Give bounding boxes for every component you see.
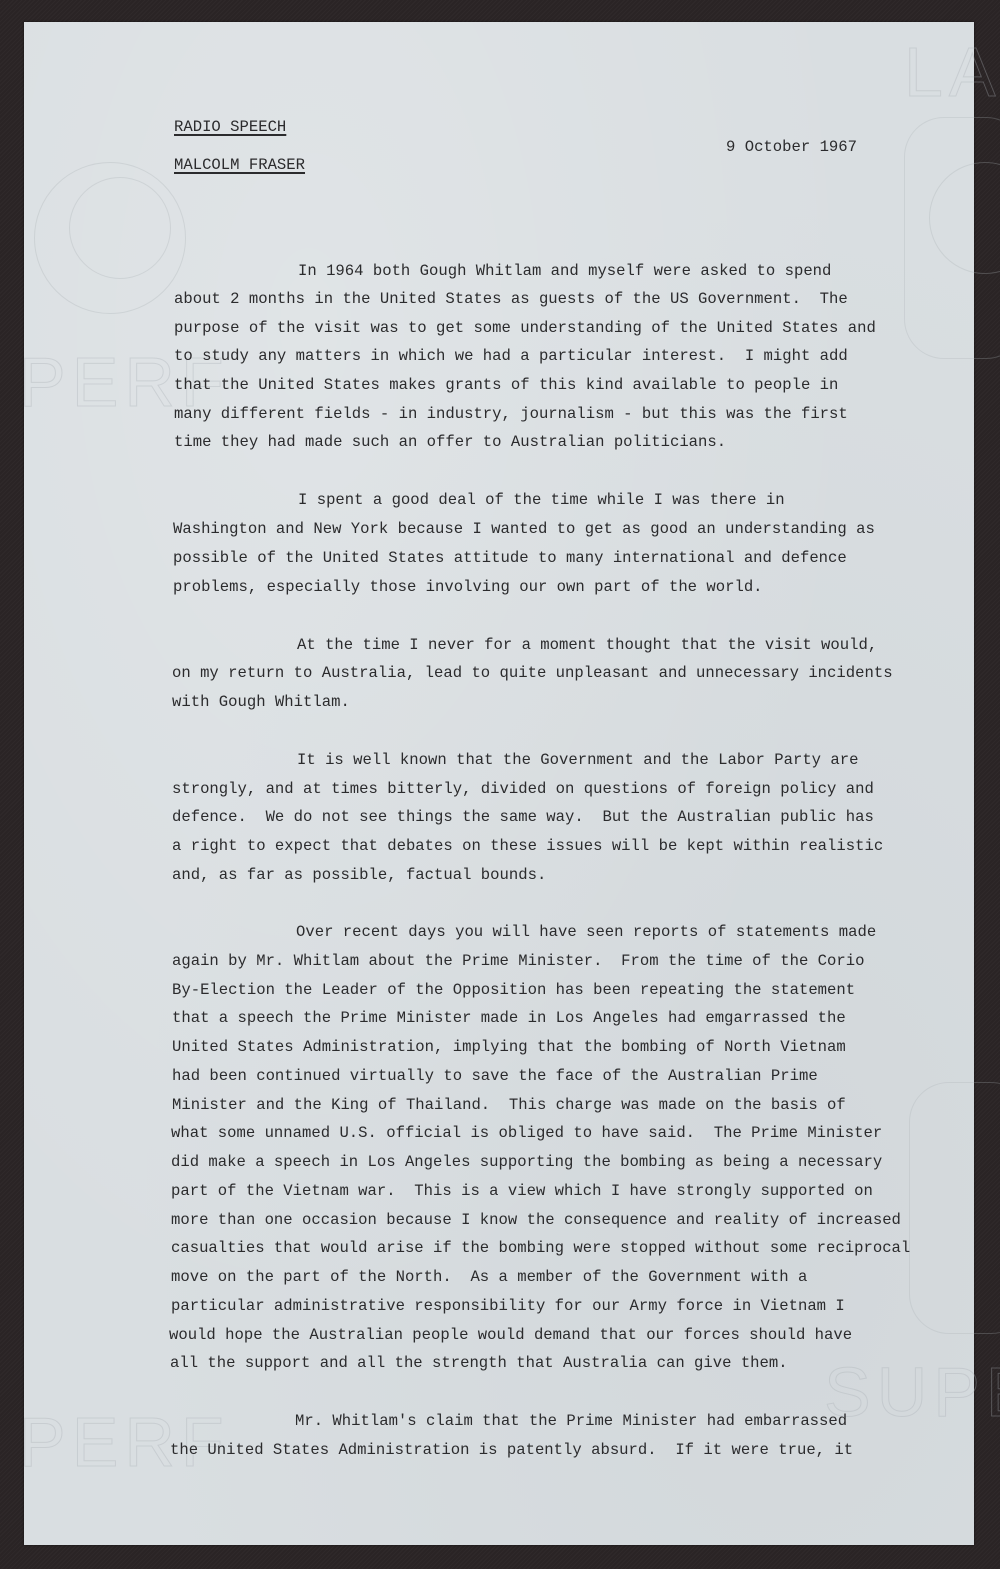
paragraph-line: casualties that would arise if the bombi… [171,1239,910,1257]
paragraph-line: Over recent days you will have seen repo… [296,923,876,941]
paragraph-line: again by Mr. Whitlam about the Prime Min… [172,952,864,970]
watermark-ring-right [929,162,1000,274]
paragraph-line: It is well known that the Government and… [297,751,858,769]
watermark-text-mid-right: SUPE [824,1352,1000,1432]
watermark-text-top-right: LA [904,32,1000,112]
paragraph-line: At the time I never for a moment thought… [297,636,877,654]
paragraph-line: that the United States makes grants of t… [174,376,838,394]
paragraph-line: would hope the Australian people would d… [169,1326,852,1344]
document-title: RADIO SPEECH [174,118,286,136]
paragraph-line: with Gough Whitlam. [172,693,350,711]
paragraph-line: more than one occasion because I know th… [171,1211,901,1229]
paragraph-line: purpose of the visit was to get some und… [174,319,876,337]
watermark-frame-right [904,117,1000,359]
paragraph-line: all the support and all the strength tha… [170,1354,788,1372]
paragraph-line: and, as far as possible, factual bounds. [172,866,546,884]
paragraph-line: that a speech the Prime Minister made in… [172,1009,846,1027]
paragraph-line: time they had made such an offer to Aust… [174,433,726,451]
paragraph-line: possible of the United States attitude t… [173,549,847,567]
paragraph-line: a right to expect that debates on these … [172,837,883,855]
paragraph-line: Washington and New York because I wanted… [173,520,875,538]
paragraph-line: Mr. Whitlam's claim that the Prime Minis… [295,1412,847,1430]
document-page: LA SUPE PERF PERF RADIO SPEECH MALCOLM F… [24,22,974,1545]
watermark-frame-right-lower [909,1082,1000,1334]
document-date: 9 October 1967 [726,138,857,156]
paragraph-line: about 2 months in the United States as g… [174,290,848,308]
paragraph-line: to study any matters in which we had a p… [174,347,848,365]
document-author: MALCOLM FRASER [174,156,305,174]
paragraph-line: In 1964 both Gough Whitlam and myself we… [298,262,831,280]
paragraph-line: defence. We do not see things the same w… [172,808,874,826]
paragraph-line: part of the Vietnam war. This is a view … [171,1182,873,1200]
paragraph-line: had been continued virtually to save the… [172,1067,818,1085]
paragraph-line: Minister and the King of Thailand. This … [172,1096,846,1114]
paragraph-line: what some unnamed U.S. official is oblig… [171,1124,882,1142]
watermark-ring-left [69,177,171,279]
watermark-ring-left-outer [34,162,186,314]
paragraph-line: problems, especially those involving our… [173,578,763,596]
paragraph-line: particular administrative responsibility… [171,1297,845,1315]
paragraph-line: strongly, and at times bitterly, divided… [172,780,874,798]
paragraph-line: many different fields - in industry, jou… [174,405,848,423]
paragraph-line: United States Administration, implying t… [172,1038,846,1056]
paragraph-line: did make a speech in Los Angeles support… [171,1153,882,1171]
paragraph-line: By-Election the Leader of the Opposition… [172,981,855,999]
paragraph-line: move on the part of the North. As a memb… [171,1268,807,1286]
paragraph-line: the United States Administration is pate… [170,1441,853,1459]
paragraph-line: I spent a good deal of the time while I … [298,491,785,509]
paragraph-line: on my return to Australia, lead to quite… [172,664,893,682]
